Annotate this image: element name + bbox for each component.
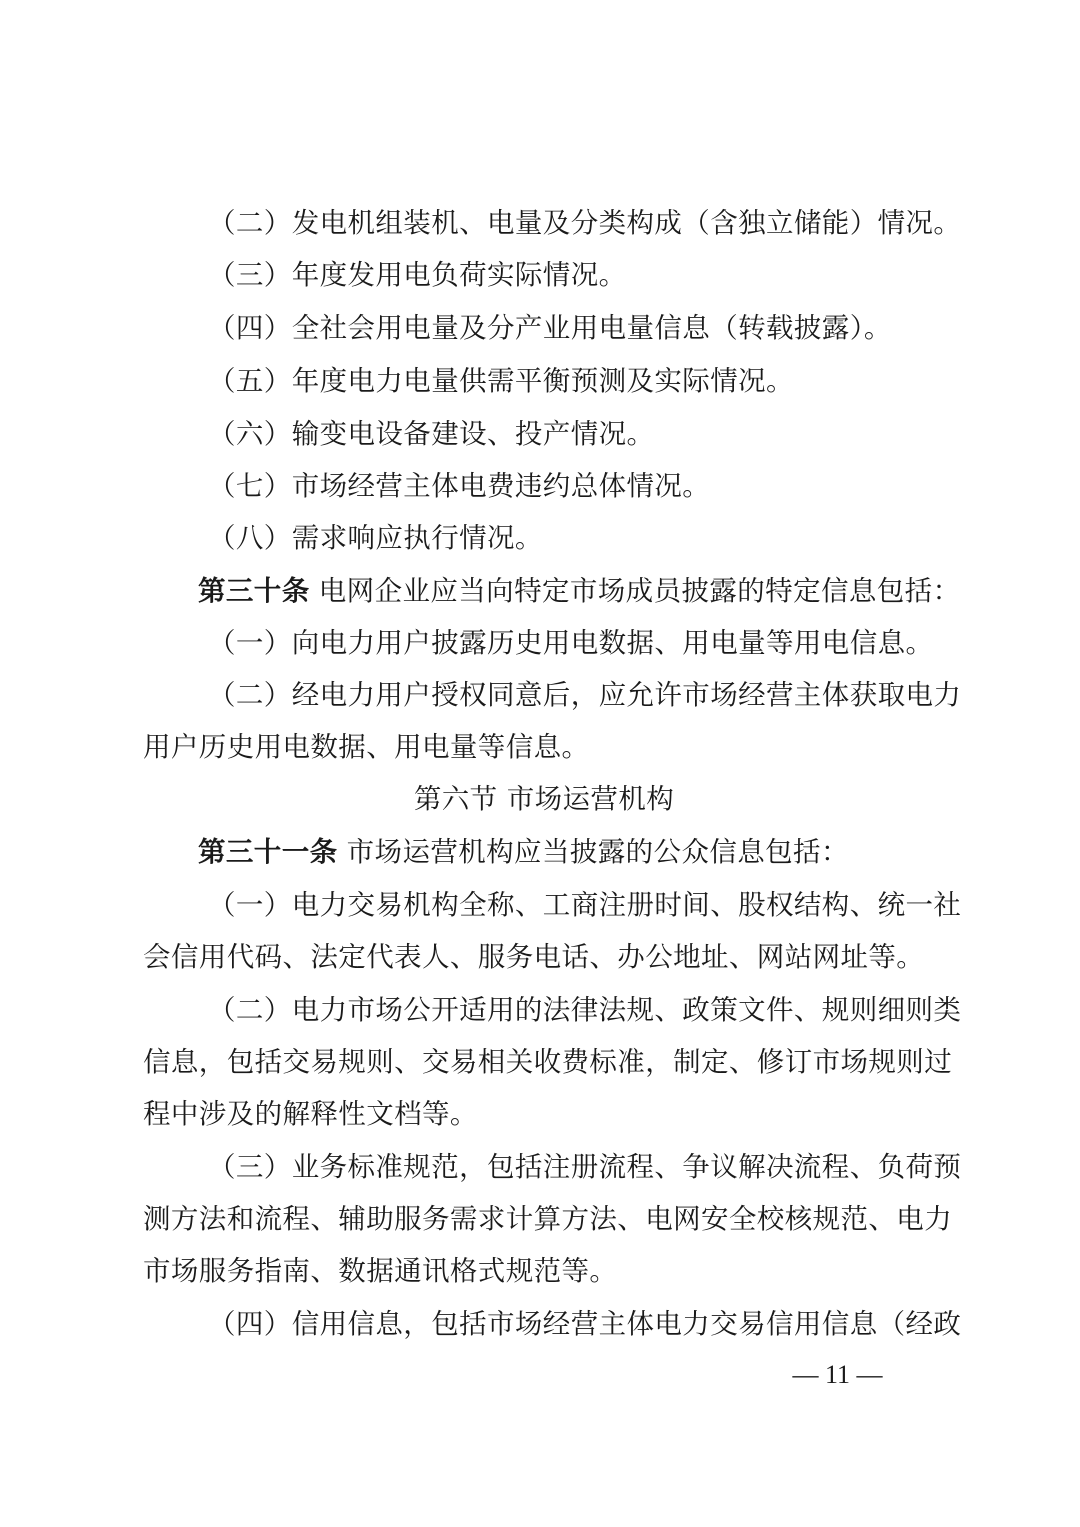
list-item: （五）年度电力电量供需平衡预测及实际情况。	[208, 355, 1003, 408]
article-label: 第三十条	[198, 575, 310, 607]
list-item-continuation: 程中涉及的解释性文档等。	[143, 1088, 938, 1141]
list-item: （一）向电力用户披露历史用电数据、用电量等用电信息。	[208, 617, 1003, 670]
list-item: （七）市场经营主体电费违约总体情况。	[208, 460, 1003, 513]
article-30: 第三十条 电网企业应当向特定市场成员披露的特定信息包括：	[198, 565, 993, 618]
article-31: 第三十一条 市场运营机构应当披露的公众信息包括：	[198, 826, 993, 879]
list-item: （二）电力市场公开适用的法律法规、政策文件、规则细则类	[208, 984, 1003, 1037]
list-item: （一）电力交易机构全称、工商注册时间、股权结构、统一社	[208, 879, 1003, 932]
list-item-continuation: 测方法和流程、辅助服务需求计算方法、电网安全校核规范、电力	[143, 1193, 938, 1246]
article-text: 电网企业应当向特定市场成员披露的特定信息包括：	[319, 575, 961, 607]
list-item: （三）年度发用电负荷实际情况。	[208, 249, 1003, 302]
section-title: 第六节 市场运营机构	[0, 773, 1080, 826]
list-item: （四）信用信息，包括市场经营主体电力交易信用信息（经政	[208, 1298, 1003, 1351]
list-item-continuation: 会信用代码、法定代表人、服务电话、办公地址、网站网址等。	[143, 931, 938, 984]
article-text: 市场运营机构应当披露的公众信息包括：	[347, 836, 849, 868]
document-page: （二）发电机组装机、电量及分类构成（含独立储能）情况。 （三）年度发用电负荷实际…	[0, 0, 1080, 1527]
list-item: （三）业务标准规范，包括注册流程、争议解决流程、负荷预	[208, 1141, 1003, 1194]
list-item-continuation: 信息，包括交易规则、交易相关收费标准，制定、修订市场规则过	[143, 1036, 938, 1089]
list-item: （六）输变电设备建设、投产情况。	[208, 408, 1003, 461]
page-number: — 11 —	[0, 1355, 1080, 1395]
list-item-continuation: 用户历史用电数据、用电量等信息。	[143, 721, 938, 774]
list-item: （二）经电力用户授权同意后，应允许市场经营主体获取电力	[208, 669, 1003, 722]
list-item: （四）全社会用电量及分产业用电量信息（转载披露）。	[208, 302, 1003, 355]
article-label: 第三十一条	[198, 836, 338, 868]
list-item-continuation: 市场服务指南、数据通讯格式规范等。	[143, 1245, 938, 1298]
list-item: （八）需求响应执行情况。	[208, 512, 1003, 565]
list-item: （二）发电机组装机、电量及分类构成（含独立储能）情况。	[208, 197, 1003, 250]
